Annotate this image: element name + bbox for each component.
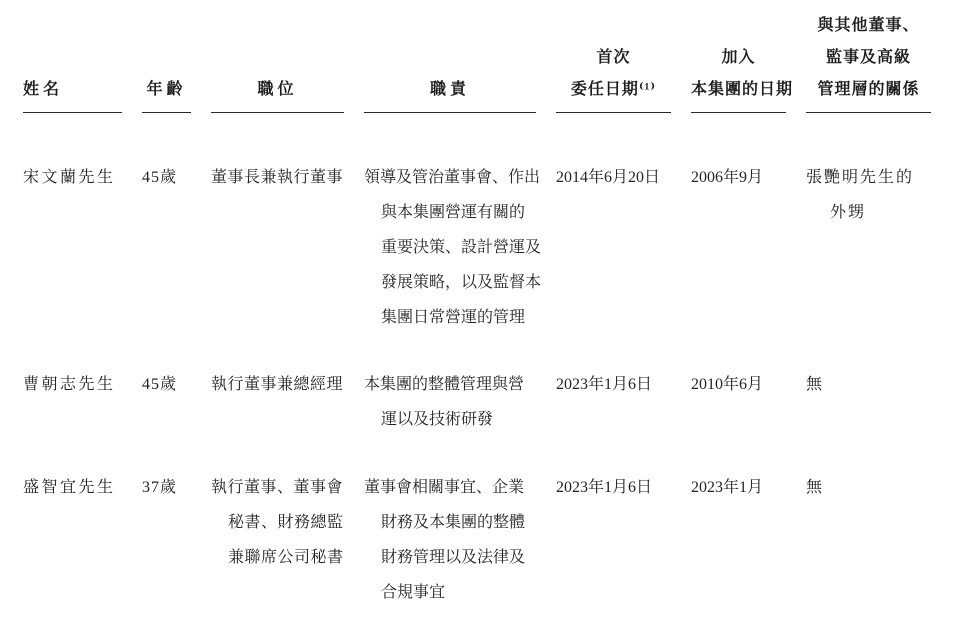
column-header-relationship: 與其他董事、 監事及高級 管理層的關係 bbox=[806, 10, 931, 113]
table-header-row: 姓名 年齡 職位 職責 首次 委任日期⁽¹⁾ 加入 本集團的日期 與其他董事、 … bbox=[0, 0, 953, 113]
cell-director-position: 執行董事兼總經理 bbox=[211, 367, 344, 402]
column-header-position: 職位 bbox=[211, 74, 344, 113]
column-header-duties: 職責 bbox=[364, 74, 536, 113]
cell-director-name: 宋文蘭先生 bbox=[23, 160, 122, 195]
cell-first-appointment-date: 2023年1月6日 bbox=[556, 367, 671, 402]
cell-director-name: 盛智宜先生 bbox=[23, 470, 122, 505]
cell-join-group-date: 2023年1月 bbox=[691, 470, 786, 505]
cell-director-duties: 本集團的整體管理與營 運以及技術研發 bbox=[364, 367, 536, 437]
cell-relationship: 無 bbox=[806, 470, 931, 505]
cell-director-position: 執行董事、董事會 秘書、財務總監 兼聯席公司秘書 bbox=[211, 470, 344, 575]
column-header-first-appointment-date: 首次 委任日期⁽¹⁾ bbox=[556, 42, 671, 113]
cell-director-position: 董事長兼執行董事 bbox=[211, 160, 344, 195]
table-row: 宋文蘭先生 45歲 董事長兼執行董事 領導及管治董事會、作出 與本集團營運有關的… bbox=[0, 160, 953, 335]
column-header-age: 年齡 bbox=[142, 74, 191, 113]
cell-relationship: 無 bbox=[806, 367, 931, 402]
cell-first-appointment-date: 2023年1月6日 bbox=[556, 470, 671, 505]
cell-director-duties: 董事會相關事宜、企業 財務及本集團的整體 財務管理以及法律及 合規事宜 bbox=[364, 470, 536, 610]
cell-relationship: 張艷明先生的 外甥 bbox=[806, 160, 931, 230]
prospectus-directors-table-page: 姓名 年齡 職位 職責 首次 委任日期⁽¹⁾ 加入 本集團的日期 與其他董事、 … bbox=[0, 0, 953, 624]
table-row: 曹朝志先生 45歲 執行董事兼總經理 本集團的整體管理與營 運以及技術研發 20… bbox=[0, 367, 953, 437]
cell-director-age: 37歲 bbox=[142, 470, 191, 505]
cell-director-age: 45歲 bbox=[142, 160, 191, 195]
column-header-name: 姓名 bbox=[23, 74, 122, 113]
cell-first-appointment-date: 2014年6月20日 bbox=[556, 160, 671, 195]
column-header-join-date: 加入 本集團的日期 bbox=[691, 42, 786, 113]
cell-join-group-date: 2010年6月 bbox=[691, 367, 786, 402]
cell-join-group-date: 2006年9月 bbox=[691, 160, 786, 195]
cell-director-name: 曹朝志先生 bbox=[23, 367, 122, 402]
table-row: 盛智宜先生 37歲 執行董事、董事會 秘書、財務總監 兼聯席公司秘書 董事會相關… bbox=[0, 470, 953, 610]
cell-director-age: 45歲 bbox=[142, 367, 191, 402]
cell-director-duties: 領導及管治董事會、作出 與本集團營運有關的 重要決策、設計營運及 發展策略，以及… bbox=[364, 160, 536, 335]
